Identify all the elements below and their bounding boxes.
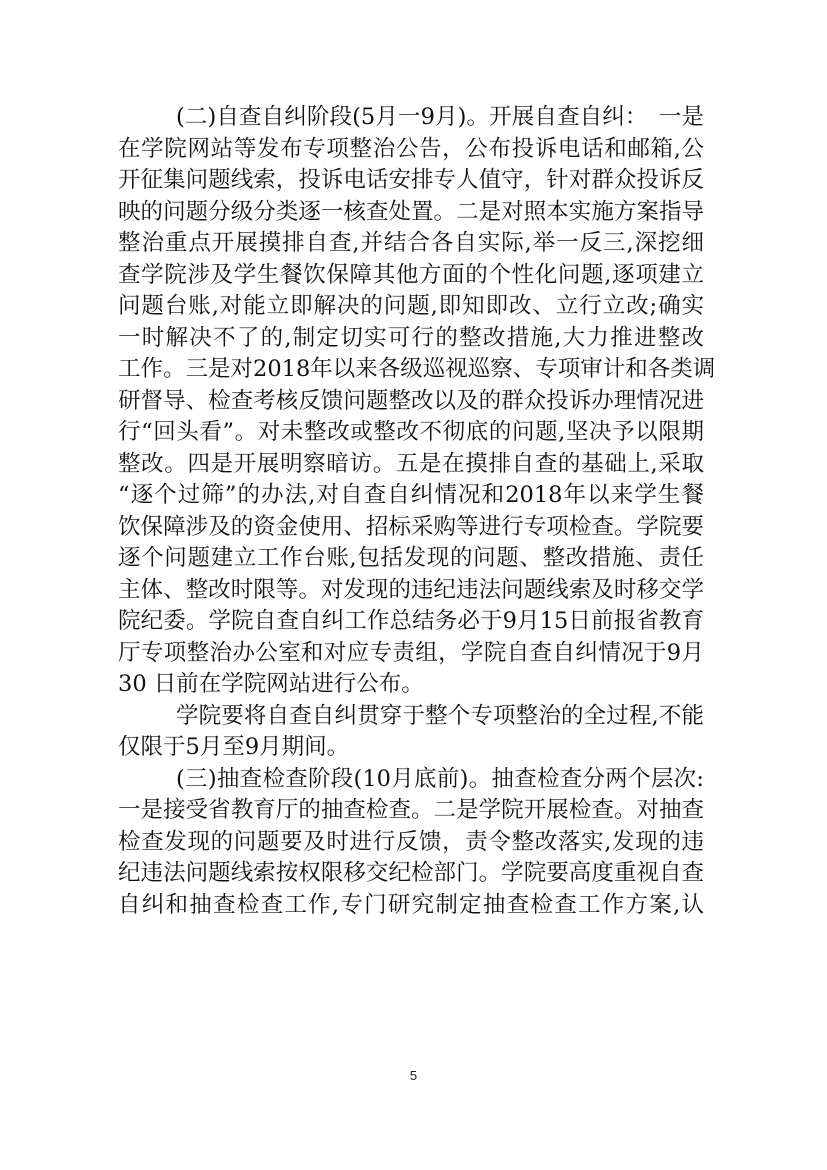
text-line: 一是接受省教育厅的抽查检查。二是学院开展检查。对抽查 bbox=[118, 795, 704, 827]
text-line: (二)自查自纠阶段(5月一9月)。开展自查自纠： 一是 bbox=[118, 102, 704, 134]
page-number: 5 bbox=[0, 1068, 827, 1083]
text-line: 工作。三是对2018年以来各级巡视巡察、专项审计和各类调 bbox=[118, 354, 704, 386]
text-line: 问题台账,对能立即解决的问题,即知即改、立行立改;确实 bbox=[118, 291, 704, 323]
text-line: 在学院网站等发布专项整治公告，公布投诉电话和邮箱,公 bbox=[118, 134, 704, 166]
text-line: 学院要将自查自纠贯穿于整个专项整治的全过程,不能 bbox=[118, 701, 704, 733]
text-line: 院纪委。学院自查自纠工作总结务必于9月15日前报省教育 bbox=[118, 606, 704, 638]
text-line: 逐个问题建立工作台账,包括发现的问题、整改措施、责任 bbox=[118, 543, 704, 575]
text-line: (三)抽查检查阶段(10月底前)。抽查检查分两个层次: bbox=[118, 764, 704, 796]
text-line: 30 日前在学院网站进行公布。 bbox=[118, 669, 704, 701]
text-line: 查学院涉及学生餐饮保障其他方面的个性化问题,逐项建立 bbox=[118, 260, 704, 292]
text-line: 检查发现的问题要及时进行反馈，责令整改落实,发现的违 bbox=[118, 827, 704, 859]
text-line: 仅限于5月至9月期间。 bbox=[118, 732, 704, 764]
text-line: 一时解决不了的,制定切实可行的整改措施,大力推进整改 bbox=[118, 323, 704, 355]
text-line: 研督导、检查考核反馈问题整改以及的群众投诉办理情况进 bbox=[118, 386, 704, 418]
text-line: 映的问题分级分类逐一核查处置。二是对照本实施方案指导 bbox=[118, 197, 704, 229]
body-text: (二)自查自纠阶段(5月一9月)。开展自查自纠： 一是 在学院网站等发布专项整治… bbox=[118, 102, 704, 921]
text-line: 厅专项整治办公室和对应专责组，学院自查自纠情况于9月 bbox=[118, 638, 704, 670]
text-line: 整治重点开展摸排自查,并结合各自实际,举一反三,深挖细 bbox=[118, 228, 704, 260]
text-line: 自纠和抽查检查工作,专门研究制定抽查检查工作方案,认 bbox=[118, 890, 704, 922]
text-line: 纪违法问题线索按权限移交纪检部门。学院要高度重视自查 bbox=[118, 858, 704, 890]
text-line: 行“回头看”。对未整改或整改不彻底的问题,坚决予以限期 bbox=[118, 417, 704, 449]
text-line: 主体、整改时限等。对发现的违纪违法问题线索及时移交学 bbox=[118, 575, 704, 607]
text-line: “逐个过筛”的办法,对自查自纠情况和2018年以来学生餐 bbox=[118, 480, 704, 512]
text-line: 开征集问题线索，投诉电话安排专人值守，针对群众投诉反 bbox=[118, 165, 704, 197]
document-page: (二)自查自纠阶段(5月一9月)。开展自查自纠： 一是 在学院网站等发布专项整治… bbox=[0, 0, 827, 1170]
text-line: 饮保障涉及的资金使用、招标采购等进行专项检查。学院要 bbox=[118, 512, 704, 544]
text-line: 整改。四是开展明察暗访。五是在摸排自查的基础上,采取 bbox=[118, 449, 704, 481]
